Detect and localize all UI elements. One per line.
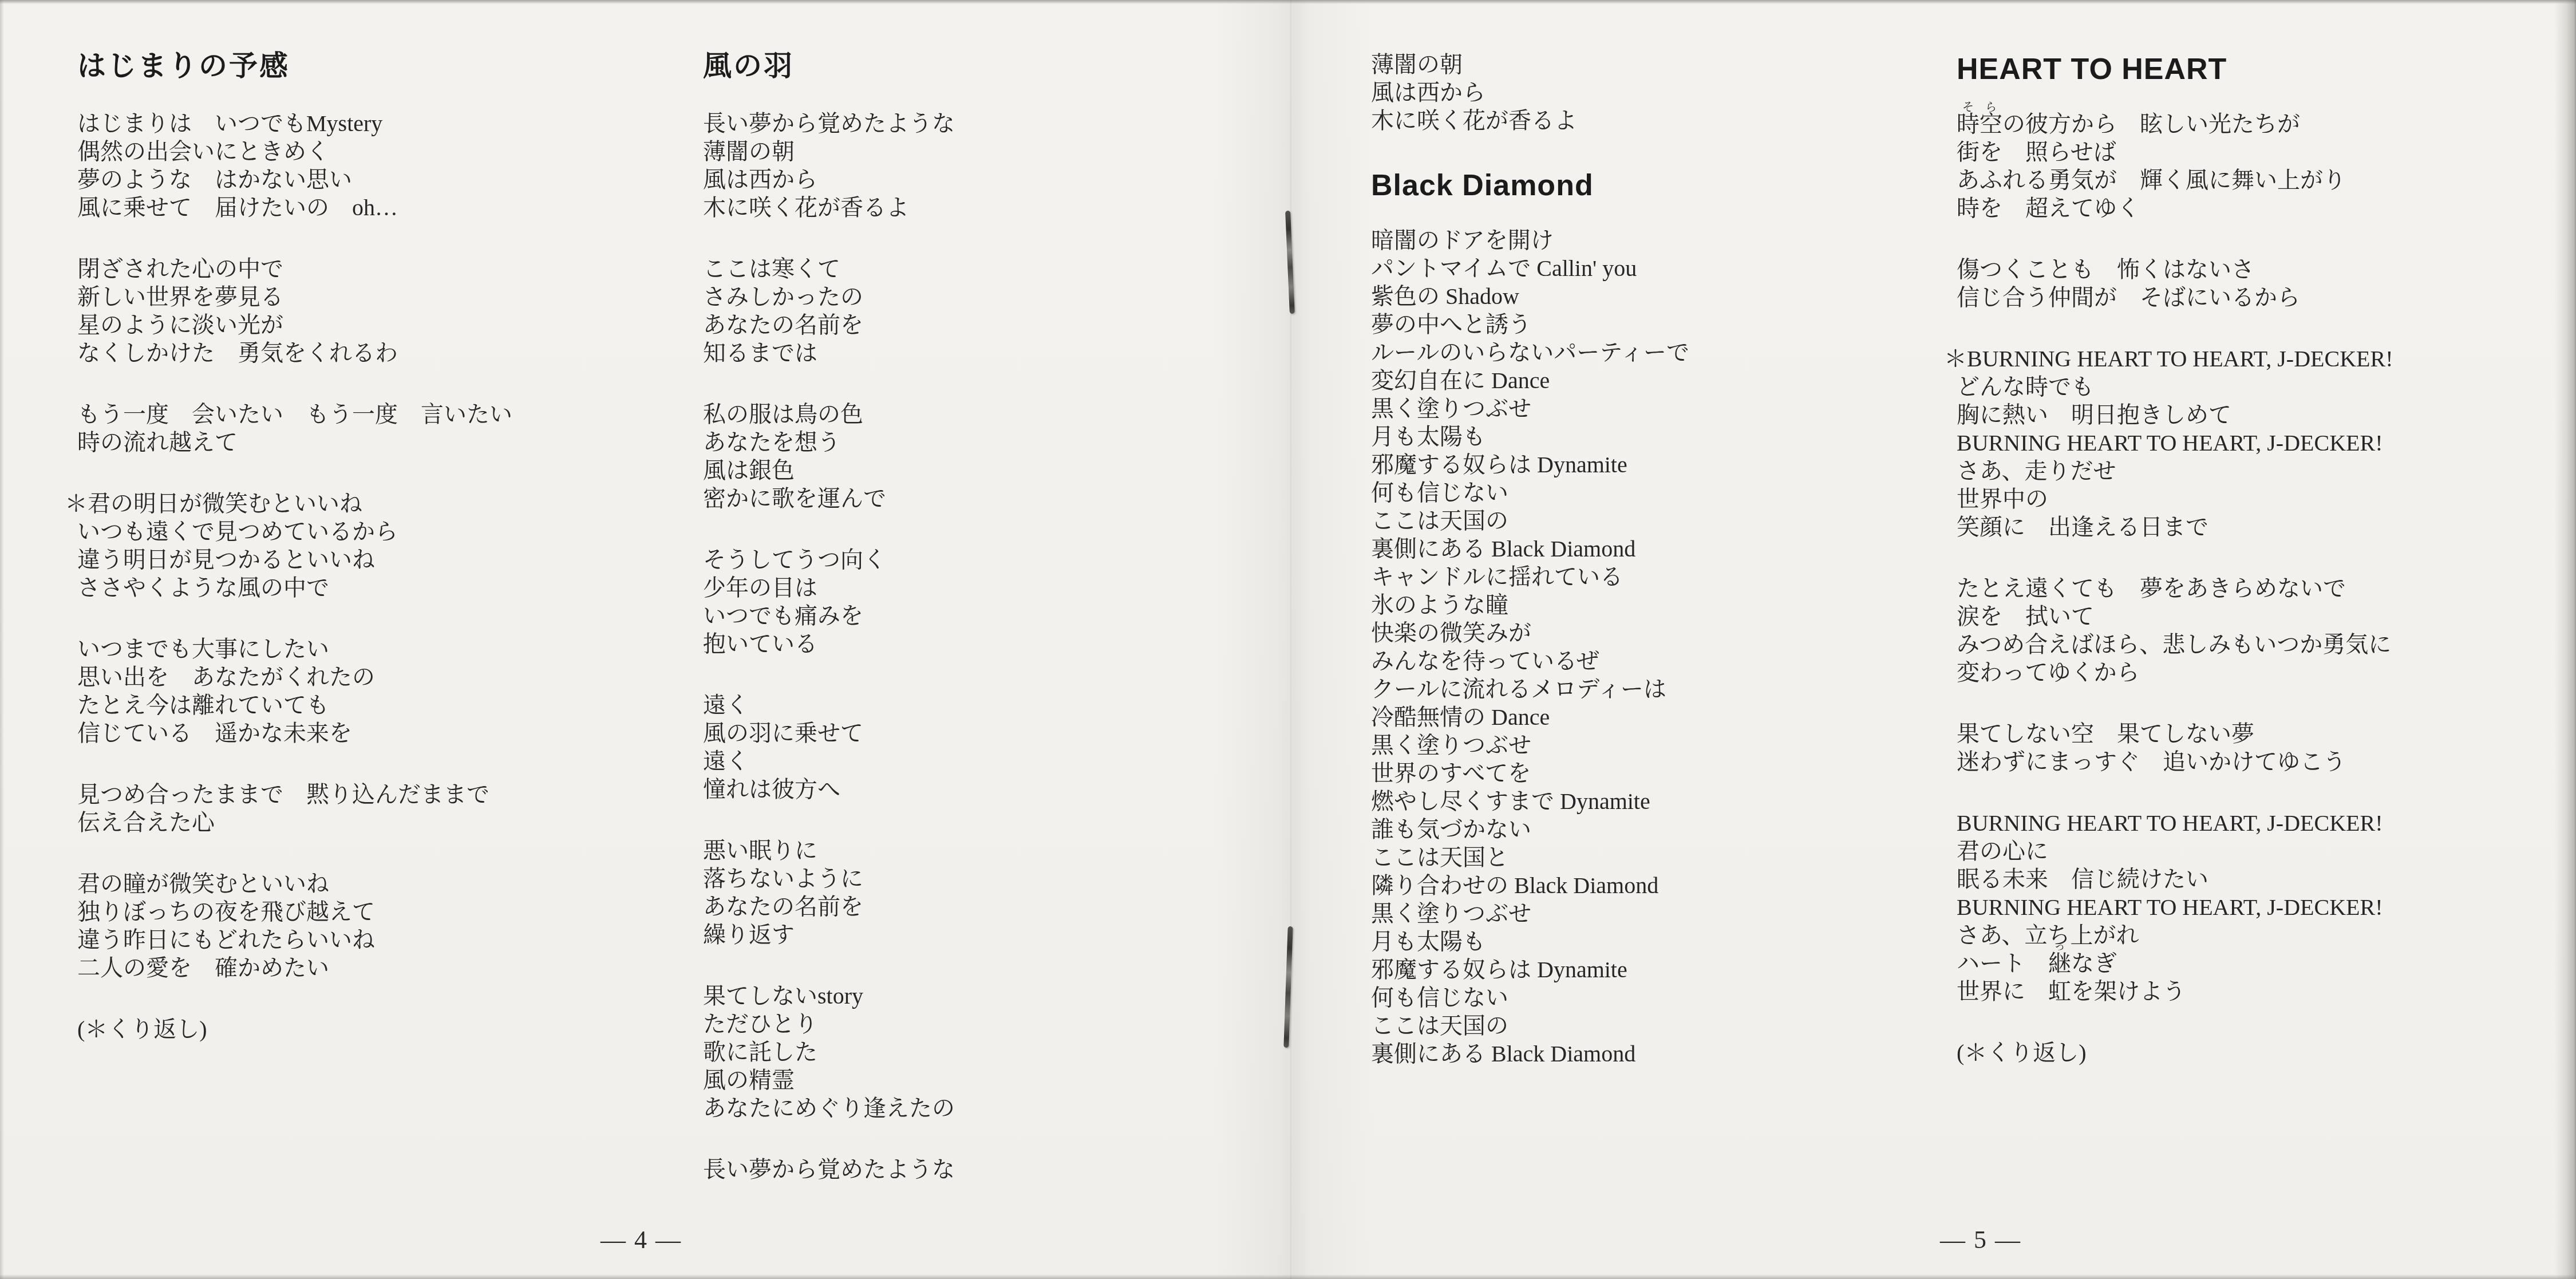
lyric-line: 見つめ合ったままで 黙り込んだままで [77,780,512,808]
lyric-line: さあ、立ち上がれ [1957,921,2393,949]
lyric-line: はじまりは いつでもMystery [77,109,512,137]
lyric-line: 何も信じない [1371,479,1689,507]
lyric-line: あなたの名前を [703,311,955,339]
stanza: 果てしない空 果てしない夢迷わずにまっすぐ 追いかけてゆこう [1957,720,2393,776]
lyric-line: 夢の中へと誘う [1371,310,1689,338]
lyric-line: そうしてうつ向く [703,546,955,574]
lyric-line: ＊君の明日が微笑むといいね [77,490,512,518]
lyric-line: 黒く塗りつぶせ [1371,731,1689,759]
lyric-line: 私の服は鳥の色 [703,400,955,428]
lyric-line: いつも遠くで見つめているから [77,518,512,546]
lyric-line: 時空の彼方から 眩しい光たちがそら [1957,110,2393,138]
lyric-line: (＊くり返し) [1957,1039,2393,1067]
lyric-line: 二人の愛を 確かめたい [77,954,512,982]
lyric-line: 月も太陽も [1371,927,1689,956]
lyric-line: 胸に熱い 明日抱きしめて [1957,401,2393,429]
lyric-line: 独りぼっちの夜を飛び越えて [77,898,512,926]
stanza: ここは寒くてさみしかったのあなたの名前を知るまでは [703,255,955,367]
lyric-line: あなたを想う [703,428,955,456]
lyric-line: 違う明日が見つかるといいね [77,546,512,574]
stanza: ＊BURNING HEART TO HEART, J-DECKER!どんな時でも… [1957,345,2393,541]
lyric-line: あふれる勇気が 輝く風に舞い上がり [1957,166,2393,194]
lyric-line: いつでも痛みを [703,602,955,630]
lyric-line: 快楽の微笑みが [1371,619,1689,647]
lyric-line: 少年の目は [703,574,955,602]
column-heart-to-heart: HEART TO HEART時空の彼方から 眩しい光たちがそら街を 照らせばあふ… [1957,52,2393,1100]
lyric-line: 邪魔する奴らは Dynamite [1371,956,1689,984]
lyric-line: 抱いている [703,630,955,658]
lyric-line: 悪い眠りに [703,836,955,864]
lyric-line: ここは天国と [1371,843,1689,871]
lyric-line: ささやくような風の中で [77,574,512,602]
stanza: いつまでも大事にしたい思い出を あなたがくれたのたとえ今は離れていても信じている… [77,635,512,747]
lyric-line: ただひとり [703,1010,955,1038]
furigana: そら [1962,102,2008,113]
lyric-line: 黒く塗りつぶせ [1371,899,1689,927]
lyric-line: 風の精霊 [703,1066,955,1094]
stanza: 傷つくことも 怖くはないさ信じ合う仲間が そばにいるから [1957,255,2393,311]
lyric-line: みんなを待っているぜ [1371,647,1689,675]
lyric-line: あなたにめぐり逢えたの [703,1094,955,1122]
stanza: はじまりは いつでもMystery偶然の出会いにときめく夢のような はかない思い… [77,109,512,222]
lyric-line: 紫色の Shadow [1371,282,1689,310]
lyric-line: 変わってゆくから [1957,658,2393,686]
lyric-line: 涙を 拭いて [1957,602,2393,630]
page-4: はじまりの予感はじまりは いつでもMystery偶然の出会いにときめく夢のような… [0,0,1288,1279]
stanza: 時空の彼方から 眩しい光たちがそら街を 照らせばあふれる勇気が 輝く風に舞い上が… [1957,110,2393,222]
lyric-line: 思い出を あなたがくれたの [77,663,512,691]
lyric-line: 密かに歌を運んで [703,484,955,512]
lyric-line: 星のように淡い光が [77,311,512,339]
lyric-line: 閉ざされた心の中で [77,255,512,283]
lyric-line: 世界のすべてを [1371,759,1689,787]
lyric-line: 遠く [703,747,955,775]
stanza: たとえ遠くても 夢をあきらめないで涙を 拭いてみつめ合えばほら、悲しみもいつか勇… [1957,574,2393,686]
lyric-line: 伝え合えた心 [77,808,512,836]
lyric-line: キャンドルに揺れている [1371,563,1689,591]
lyric-line: BURNING HEART TO HEART, J-DECKER! [1957,429,2393,457]
lyric-line: 眠る未来 信じ続けたい [1957,865,2393,893]
lyric-line: 遠く [703,691,955,719]
lyric-line: 迷わずにまっすぐ 追いかけてゆこう [1957,748,2393,776]
lyric-line: どんな時でも [1957,373,2393,401]
fold-line [1290,0,1291,1279]
stanza: (＊くり返し) [1957,1039,2393,1067]
stanza: 閉ざされた心の中で新しい世界を夢見る星のように淡い光がなくしかけた 勇気をくれる… [77,255,512,367]
lyric-line: ＊BURNING HEART TO HEART, J-DECKER! [1957,345,2393,373]
lyric-line: なくしかけた 勇気をくれるわ [77,339,512,367]
lyric-line: 裏側にある Black Diamond [1371,1040,1689,1068]
lyric-line: 変幻自在に Dance [1371,366,1689,394]
lyric-line: 冷酷無情の Dance [1371,703,1689,731]
lyric-line: 邪魔する奴らは Dynamite [1371,451,1689,479]
lyric-line: ルールのいらないパーティーで [1371,338,1689,366]
stanza: 暗闇のドアを開けパントマイムで Callin' you紫色の Shadow夢の中… [1371,226,1689,1068]
lyric-line: 憧れは彼方へ [703,775,955,803]
lyric-line: 世界中の [1957,485,2393,513]
lyric-line: さみしかったの [703,283,955,311]
lyric-line: 木に咲く花が香るよ [703,194,955,222]
lyric-line: さあ、走りだせ [1957,457,2393,485]
lyric-line: 街を 照らせば [1957,138,2393,166]
lyric-line: 薄闇の朝 [1371,50,1689,78]
lyric-line: 歌に託した [703,1038,955,1066]
lyric-line: BURNING HEART TO HEART, J-DECKER! [1957,809,2393,837]
lyric-line: 信じている 遥かな未来を [77,719,512,747]
lyric-line: 風に乗せて 届けたいの oh… [77,194,512,222]
lyric-line: 燃やし尽くすまで Dynamite [1371,787,1689,815]
lyric-line: 誰も気づかない [1371,815,1689,843]
song-title-black-diamond: Black Diamond [1371,168,1689,203]
lyric-line: 果てしないstory [703,982,955,1010]
stanza: 長い夢から覚めたような [703,1155,955,1183]
song-title-hajimari-no-yokan: はじまりの予感 [77,49,512,83]
stanza: (＊くり返し) [77,1015,512,1043]
column-kaze-no-hane: 風の羽長い夢から覚めたような薄闇の朝風は西から木に咲く花が香るよここは寒くてさみ… [703,49,955,1217]
lyric-line: 君の瞳が微笑むといいね [77,870,512,898]
lyric-line: ここは寒くて [703,255,955,283]
stanza: 見つめ合ったままで 黙り込んだままで伝え合えた心 [77,780,512,836]
lyric-line: 何も信じない [1371,984,1689,1012]
lyric-line: 風は西から [703,165,955,194]
stanza: 果てしないstoryただひとり歌に託した風の精霊あなたにめぐり逢えたの [703,982,955,1122]
column-hajimari-no-yokan: はじまりの予感はじまりは いつでもMystery偶然の出会いにときめく夢のような… [77,49,512,1076]
stanza: 遠く風の羽に乗せて遠く憧れは彼方へ [703,691,955,803]
stanza: 長い夢から覚めたような薄闇の朝風は西から木に咲く花が香るよ [703,109,955,222]
furigana: っ [2054,941,2065,953]
lyric-line: たとえ今は離れていても [77,691,512,719]
lyric-line: 世界に 虹を架けよう [1957,977,2393,1005]
lyric-line: いつまでも大事にしたい [77,635,512,663]
lyric-line: 月も太陽も [1371,423,1689,451]
lyric-line: (＊くり返し) [77,1015,512,1043]
page-number-4: — 4 — [600,1225,682,1254]
lyric-line: 木に咲く花が香るよ [1371,106,1689,135]
song-title-heart-to-heart: HEART TO HEART [1957,52,2393,87]
booklet-spread: はじまりの予感はじまりは いつでもMystery偶然の出会いにときめく夢のような… [0,0,2576,1279]
lyric-line: 落ちないように [703,864,955,893]
lyric-line: 違う昨日にもどれたらいいね [77,926,512,954]
lyric-line: 夢のような はかない思い [77,165,512,194]
stanza: ＊君の明日が微笑むといいねいつも遠くで見つめているから違う明日が見つかるといいね… [77,490,512,602]
lyric-line: 隣り合わせの Black Diamond [1371,871,1689,899]
lyric-line: 信じ合う仲間が そばにいるから [1957,283,2393,311]
lyric-line: 繰り返す [703,921,955,949]
lyric-line: 長い夢から覚めたような [703,109,955,137]
lyric-line: ハート 継なぎっ [1957,949,2393,977]
lyric-line: 新しい世界を夢見る [77,283,512,311]
lyric-line: BURNING HEART TO HEART, J-DECKER! [1957,893,2393,921]
lyric-line: 君の心に [1957,837,2393,865]
lyric-line: 暗闇のドアを開け [1371,226,1689,254]
lyric-line: 時を 超えてゆく [1957,194,2393,222]
lyric-line: 知るまでは [703,339,955,367]
lyric-line: 風は銀色 [703,456,955,484]
page-5: 薄闇の朝風は西から木に咲く花が香るよBlack Diamond暗闇のドアを開けパ… [1288,0,2576,1279]
lyric-line: 裏側にある Black Diamond [1371,535,1689,563]
lyric-line: あなたの名前を [703,893,955,921]
lyric-line: たとえ遠くても 夢をあきらめないで [1957,574,2393,602]
stanza: BURNING HEART TO HEART, J-DECKER!君の心に眠る未… [1957,809,2393,1005]
lyric-line: 果てしない空 果てしない夢 [1957,720,2393,748]
lyric-line: もう一度 会いたい もう一度 言いたい [77,400,512,428]
lyric-line: ここは天国の [1371,1012,1689,1040]
lyric-line: 長い夢から覚めたような [703,1155,955,1183]
column-black-diamond: 薄闇の朝風は西から木に咲く花が香るよBlack Diamond暗闇のドアを開けパ… [1371,50,1689,1101]
stanza: 悪い眠りに落ちないようにあなたの名前を繰り返す [703,836,955,949]
lyric-line: パントマイムで Callin' you [1371,254,1689,282]
lyric-line: みつめ合えばほら、悲しみもいつか勇気に [1957,630,2393,658]
lyric-line: 風は西から [1371,78,1689,106]
lyric-line: 氷のような瞳 [1371,591,1689,619]
lyric-line: 風の羽に乗せて [703,719,955,747]
lyric-line: 傷つくことも 怖くはないさ [1957,255,2393,283]
stanza: そうしてうつ向く少年の目はいつでも痛みを抱いている [703,546,955,658]
song-title-kaze-no-hane: 風の羽 [703,49,955,83]
stanza: 薄闇の朝風は西から木に咲く花が香るよ [1371,50,1689,135]
lyric-line: 時の流れ越えて [77,428,512,456]
lyric-line: 笑顔に 出逢える日まで [1957,513,2393,541]
lyric-line: ここは天国の [1371,507,1689,535]
stanza: 私の服は鳥の色あなたを想う風は銀色密かに歌を運んで [703,400,955,512]
lyric-line: 薄闇の朝 [703,137,955,165]
lyric-line: 偶然の出会いにときめく [77,137,512,165]
stanza: もう一度 会いたい もう一度 言いたい時の流れ越えて [77,400,512,456]
lyric-line: 黒く塗りつぶせ [1371,394,1689,423]
page-number-5: — 5 — [1940,1225,2021,1254]
lyric-line: クールに流れるメロディーは [1371,675,1689,703]
stanza: 君の瞳が微笑むといいね独りぼっちの夜を飛び越えて違う昨日にもどれたらいいね二人の… [77,870,512,982]
